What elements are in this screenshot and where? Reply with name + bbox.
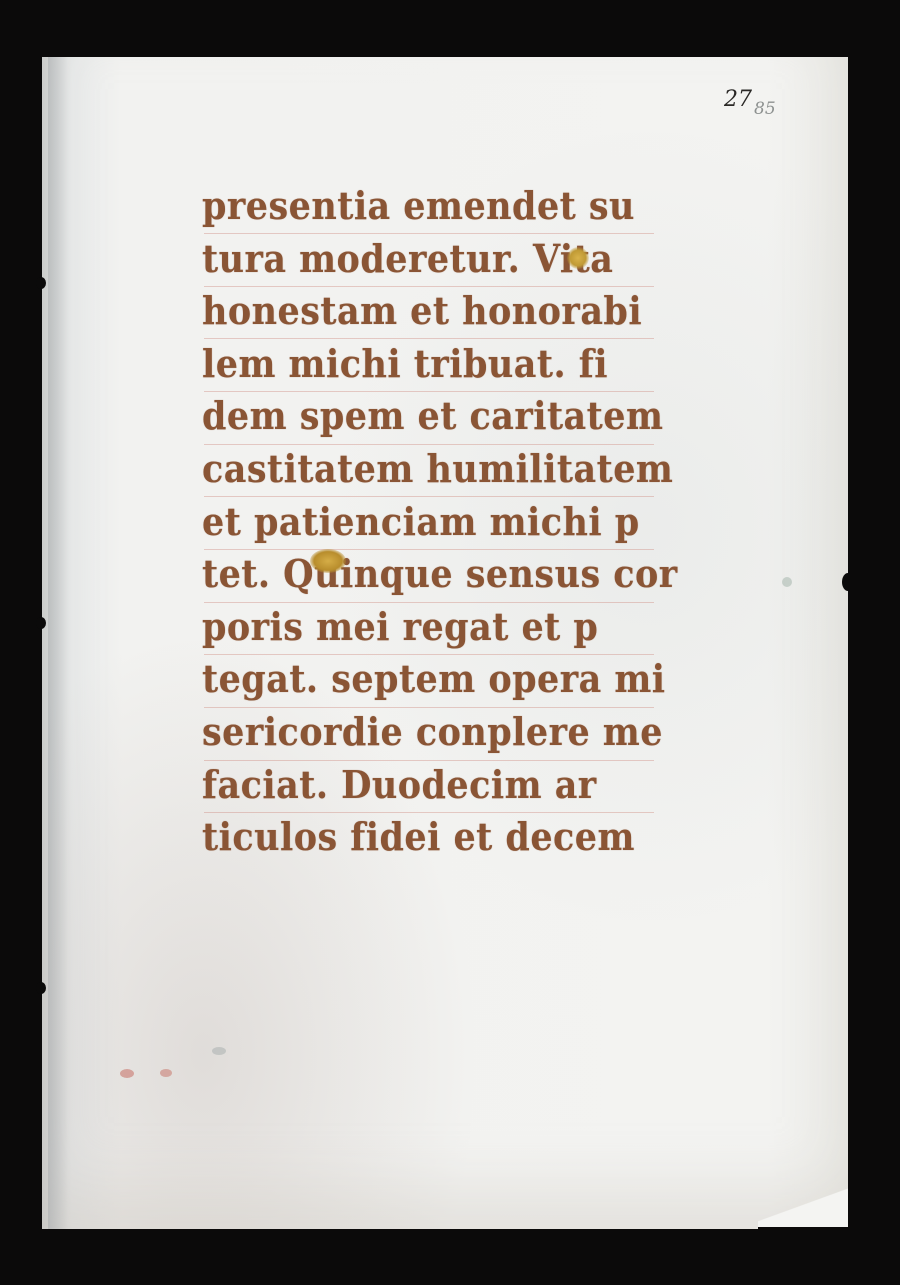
text-line: tegat. septem opera mi [202, 653, 644, 706]
edge-damage [36, 277, 46, 289]
text-line: castitatem humilitatem [202, 443, 644, 496]
folded-corner [758, 1182, 848, 1229]
text-line: dem spem et caritatem [202, 390, 644, 443]
stain [212, 1047, 226, 1055]
folio-current: 27 [724, 87, 752, 112]
text-line: presentia emendet su [202, 180, 644, 233]
text-line: poris mei regat et p [202, 601, 644, 654]
folio-number: 2785 [724, 87, 776, 112]
stain [160, 1069, 172, 1077]
edge-damage [36, 982, 46, 994]
text-line: et patienciam michi p [202, 496, 644, 549]
edge-damage [842, 573, 854, 591]
text-line: lem michi tribuat. fi [202, 338, 644, 391]
stain [782, 577, 792, 587]
folio-old: 85 [754, 99, 776, 119]
text-line: faciat. Duodecim ar [202, 759, 644, 812]
text-line: honestam et honorabi [202, 285, 644, 338]
text-block: presentia emendet su tura moderetur. Vit… [202, 180, 682, 864]
stain [120, 1069, 134, 1078]
text-line: ticulos fidei et decem [202, 811, 644, 864]
gilt-initial-q [310, 549, 346, 573]
text-line: sericordie conplere me [202, 706, 644, 759]
gilt-initial-v [567, 247, 589, 269]
manuscript-leaf: 2785 presentia emendet su tura moderetur… [42, 57, 848, 1229]
text-line: tet. Quinque sensus cor [202, 548, 644, 601]
edge-damage [36, 617, 46, 629]
